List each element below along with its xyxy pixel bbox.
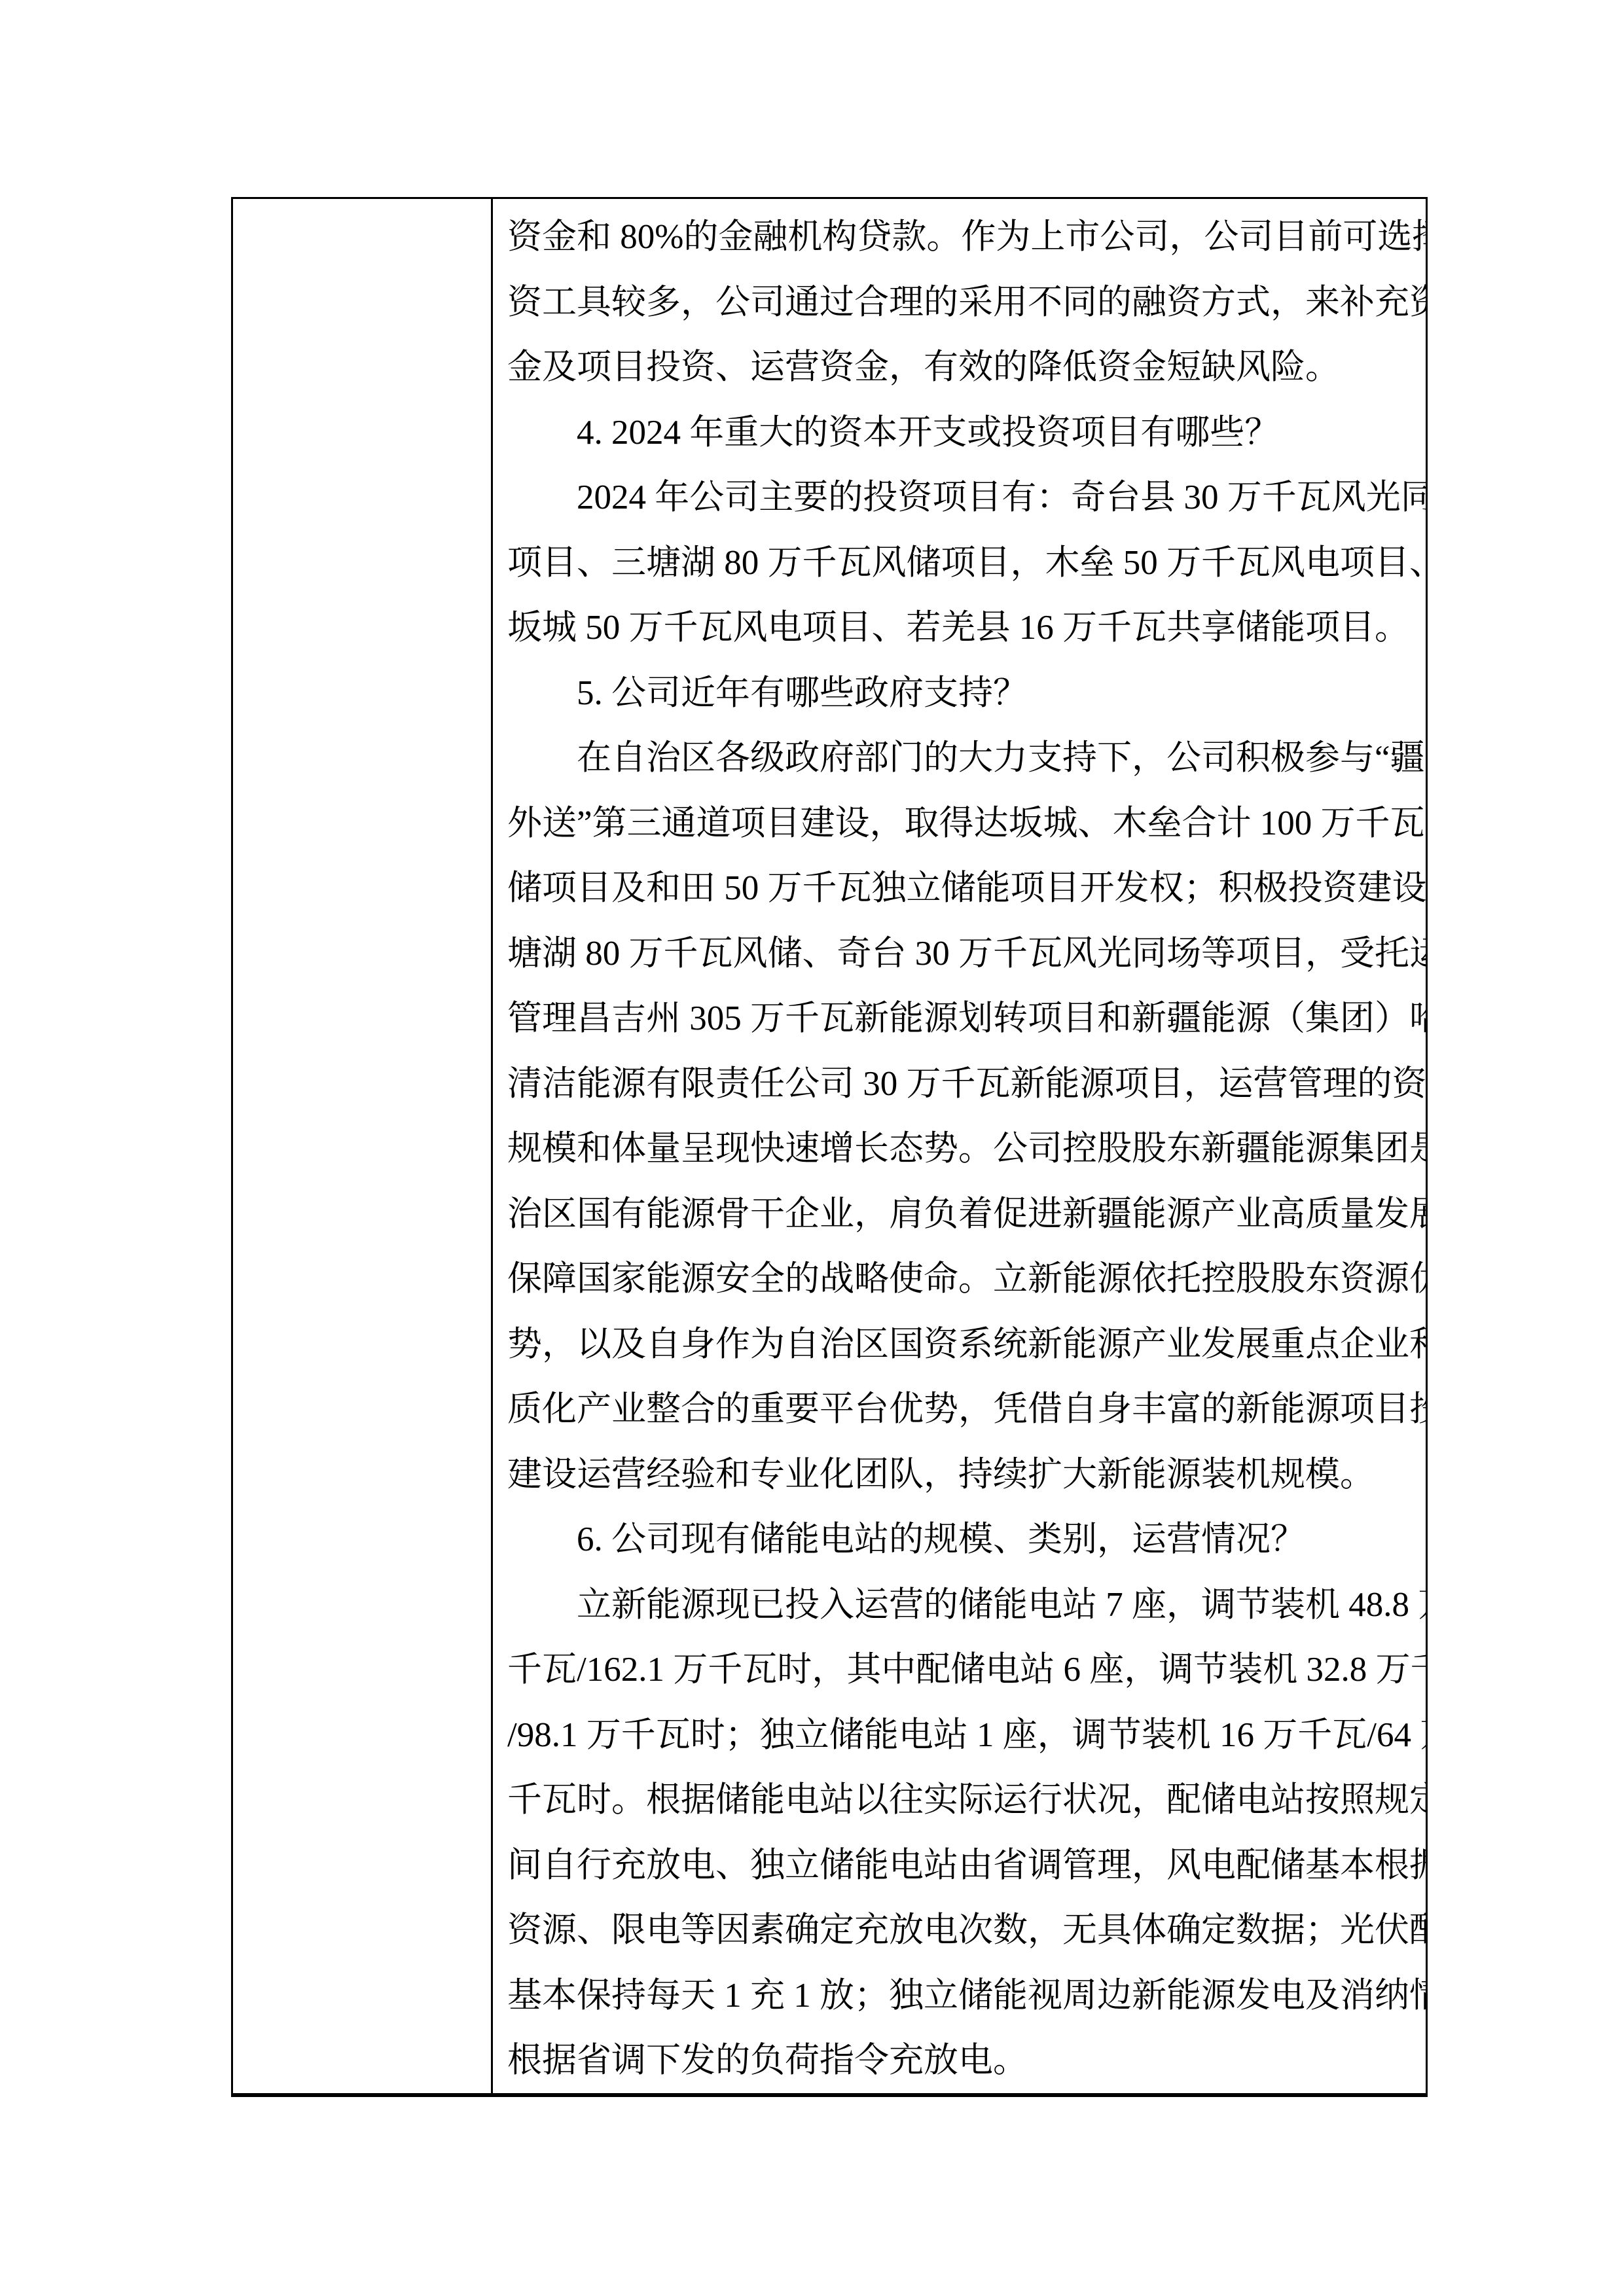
- text-line: 根据省调下发的负荷指令充放电。: [507, 2028, 1410, 2093]
- text-line: 保障国家能源安全的战略使命。立新能源依托控股股东资源优: [507, 1247, 1410, 1312]
- text-line: 6. 公司现有储能电站的规模、类别，运营情况？: [507, 1507, 1410, 1573]
- text-line: 金及项目投资、运营资金，有效的降低资金短缺风险。: [507, 335, 1410, 401]
- record-table: 资金和 80%的金融机构贷款。作为上市公司，公司目前可选择融资工具较多，公司通过…: [231, 197, 1428, 2097]
- text-line: 塘湖 80 万千瓦风储、奇台 30 万千瓦风光同场等项目，受托运营: [507, 922, 1410, 987]
- text-line: 规模和体量呈现快速增长态势。公司控股股东新疆能源集团是自: [507, 1117, 1410, 1182]
- text-line: 治区国有能源骨干企业，肩负着促进新疆能源产业高质量发展和: [507, 1182, 1410, 1247]
- text-line: 千瓦/162.1 万千瓦时，其中配储电站 6 座，调节装机 32.8 万千瓦: [507, 1638, 1410, 1703]
- text-line: 在自治区各级政府部门的大力支持下，公司积极参与“疆电: [507, 726, 1410, 791]
- text-line: 储项目及和田 50 万千瓦独立储能项目开发权；积极投资建设三: [507, 856, 1410, 922]
- text-line: /98.1 万千瓦时；独立储能电站 1 座，调节装机 16 万千瓦/64 万: [507, 1703, 1410, 1768]
- answer-cell: 资金和 80%的金融机构贷款。作为上市公司，公司目前可选择融资工具较多，公司通过…: [493, 199, 1426, 2093]
- text-line: 管理昌吉州 305 万千瓦新能源划转项目和新疆能源（集团）哈密: [507, 986, 1410, 1052]
- text-line: 清洁能源有限责任公司 30 万千瓦新能源项目，运营管理的资产: [507, 1052, 1410, 1117]
- text-line: 项目、三塘湖 80 万千瓦风储项目，木垒 50 万千瓦风电项目、达: [507, 531, 1410, 596]
- text-line: 间自行充放电、独立储能电站由省调管理，风电配储基本根据风: [507, 1833, 1410, 1899]
- text-line: 资源、限电等因素确定充放电次数，无具体确定数据；光伏配储: [507, 1898, 1410, 1964]
- text-line: 基本保持每天 1 充 1 放；独立储能视周边新能源发电及消纳情况，: [507, 1964, 1410, 2029]
- text-line: 质化产业整合的重要平台优势，凭借自身丰富的新能源项目投资: [507, 1377, 1410, 1443]
- text-line: 4. 2024 年重大的资本开支或投资项目有哪些？: [507, 401, 1410, 466]
- text-line: 千瓦时。根据储能电站以往实际运行状况，配储电站按照规定时: [507, 1768, 1410, 1833]
- text-line: 坂城 50 万千瓦风电项目、若羌县 16 万千瓦共享储能项目。: [507, 596, 1410, 661]
- text-line: 2024 年公司主要的投资项目有：奇台县 30 万千瓦风光同场: [507, 465, 1410, 531]
- text-line: 资工具较多，公司通过合理的采用不同的融资方式，来补充资本: [507, 270, 1410, 336]
- text-line: 建设运营经验和专业化团队，持续扩大新能源装机规模。: [507, 1443, 1410, 1508]
- text-line: 立新能源现已投入运营的储能电站 7 座，调节装机 48.8 万: [507, 1573, 1410, 1638]
- table-label-cell-empty: [233, 199, 493, 2093]
- text-line: 外送”第三通道项目建设，取得达坂城、木垒合计 100 万千瓦风: [507, 791, 1410, 857]
- document-page: 资金和 80%的金融机构贷款。作为上市公司，公司目前可选择融资工具较多，公司通过…: [0, 0, 1624, 2296]
- text-line: 势，以及自身作为自治区国资系统新能源产业发展重点企业和同: [507, 1312, 1410, 1378]
- text-line: 资金和 80%的金融机构贷款。作为上市公司，公司目前可选择融: [507, 205, 1410, 270]
- text-line: 5. 公司近年有哪些政府支持？: [507, 661, 1410, 726]
